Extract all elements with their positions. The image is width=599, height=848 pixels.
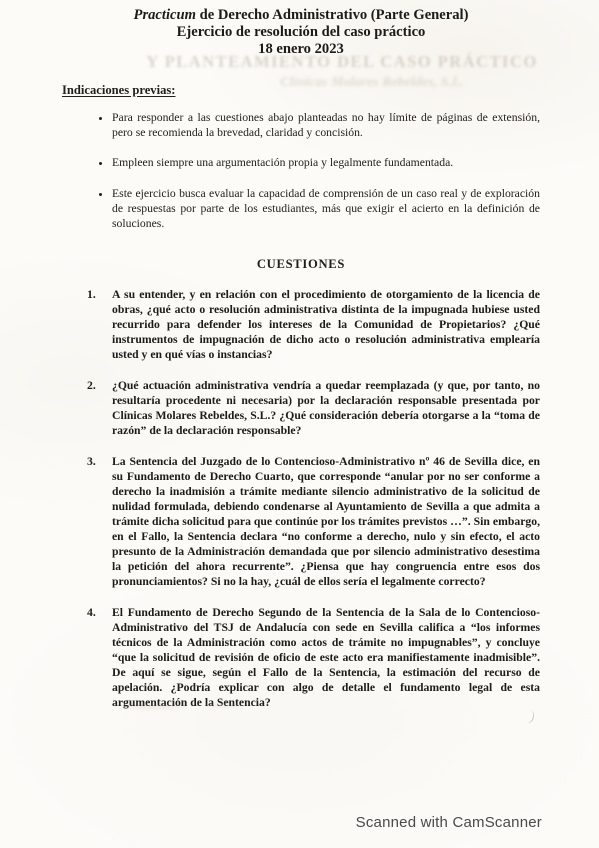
bullet-text: Empleen siempre una argumentación propia…	[112, 156, 453, 169]
question-number: 3.	[87, 454, 96, 469]
cuestiones-heading: CUESTIONES	[62, 257, 540, 272]
indications-heading: Indicaciones previas:	[62, 83, 540, 98]
question-text: A su entender, y en relación con el proc…	[112, 288, 540, 361]
scan-smudge-artifact	[80, 700, 260, 714]
title-line-1: Practicum de Derecho Administrativo (Par…	[62, 7, 540, 24]
question-number: 4.	[87, 605, 96, 620]
document-title: Practicum de Derecho Administrativo (Par…	[62, 7, 540, 58]
bullet-text: Este ejercicio busca evaluar la capacida…	[112, 187, 540, 229]
bullet-item: Empleen siempre una argumentación propia…	[112, 156, 540, 171]
title-line-2: Ejercicio de resolución del caso práctic…	[62, 24, 540, 41]
camscanner-footer: Scanned with CamScanner	[356, 814, 542, 831]
questions-list: 1. A su entender, y en relación con el p…	[62, 287, 540, 710]
question-text: La Sentencia del Juzgado de lo Contencio…	[112, 455, 540, 588]
question-text: ¿Qué actuación administrativa vendría a …	[112, 379, 540, 437]
question-item-3: 3. La Sentencia del Juzgado de lo Conten…	[62, 454, 540, 589]
question-number: 1.	[87, 287, 96, 302]
question-item-2: 2. ¿Qué actuación administrativa vendría…	[62, 378, 540, 438]
question-text: El Fundamento de Derecho Segundo de la S…	[112, 606, 540, 709]
title-line-1-rest: de Derecho Administrativo (Parte General…	[196, 7, 469, 23]
question-number: 2.	[87, 378, 96, 393]
document-content: Practicum de Derecho Administrativo (Par…	[0, 0, 599, 710]
pen-mark-artifact	[522, 709, 536, 724]
question-item-1: 1. A su entender, y en relación con el p…	[62, 287, 540, 362]
indications-bullet-list: Para responder a las cuestiones abajo pl…	[62, 111, 540, 231]
title-practicum-italic: Practicum	[134, 7, 196, 23]
scanned-document-page: Y PLANTEAMIENTO DEL CASO PRÁCTICO Clínic…	[0, 0, 599, 848]
bullet-item: Para responder a las cuestiones abajo pl…	[112, 111, 540, 140]
title-line-3-date: 18 enero 2023	[62, 41, 540, 58]
question-item-4: 4. El Fundamento de Derecho Segundo de l…	[62, 605, 540, 710]
bullet-item: Este ejercicio busca evaluar la capacida…	[112, 187, 540, 231]
bullet-text: Para responder a las cuestiones abajo pl…	[112, 111, 540, 139]
